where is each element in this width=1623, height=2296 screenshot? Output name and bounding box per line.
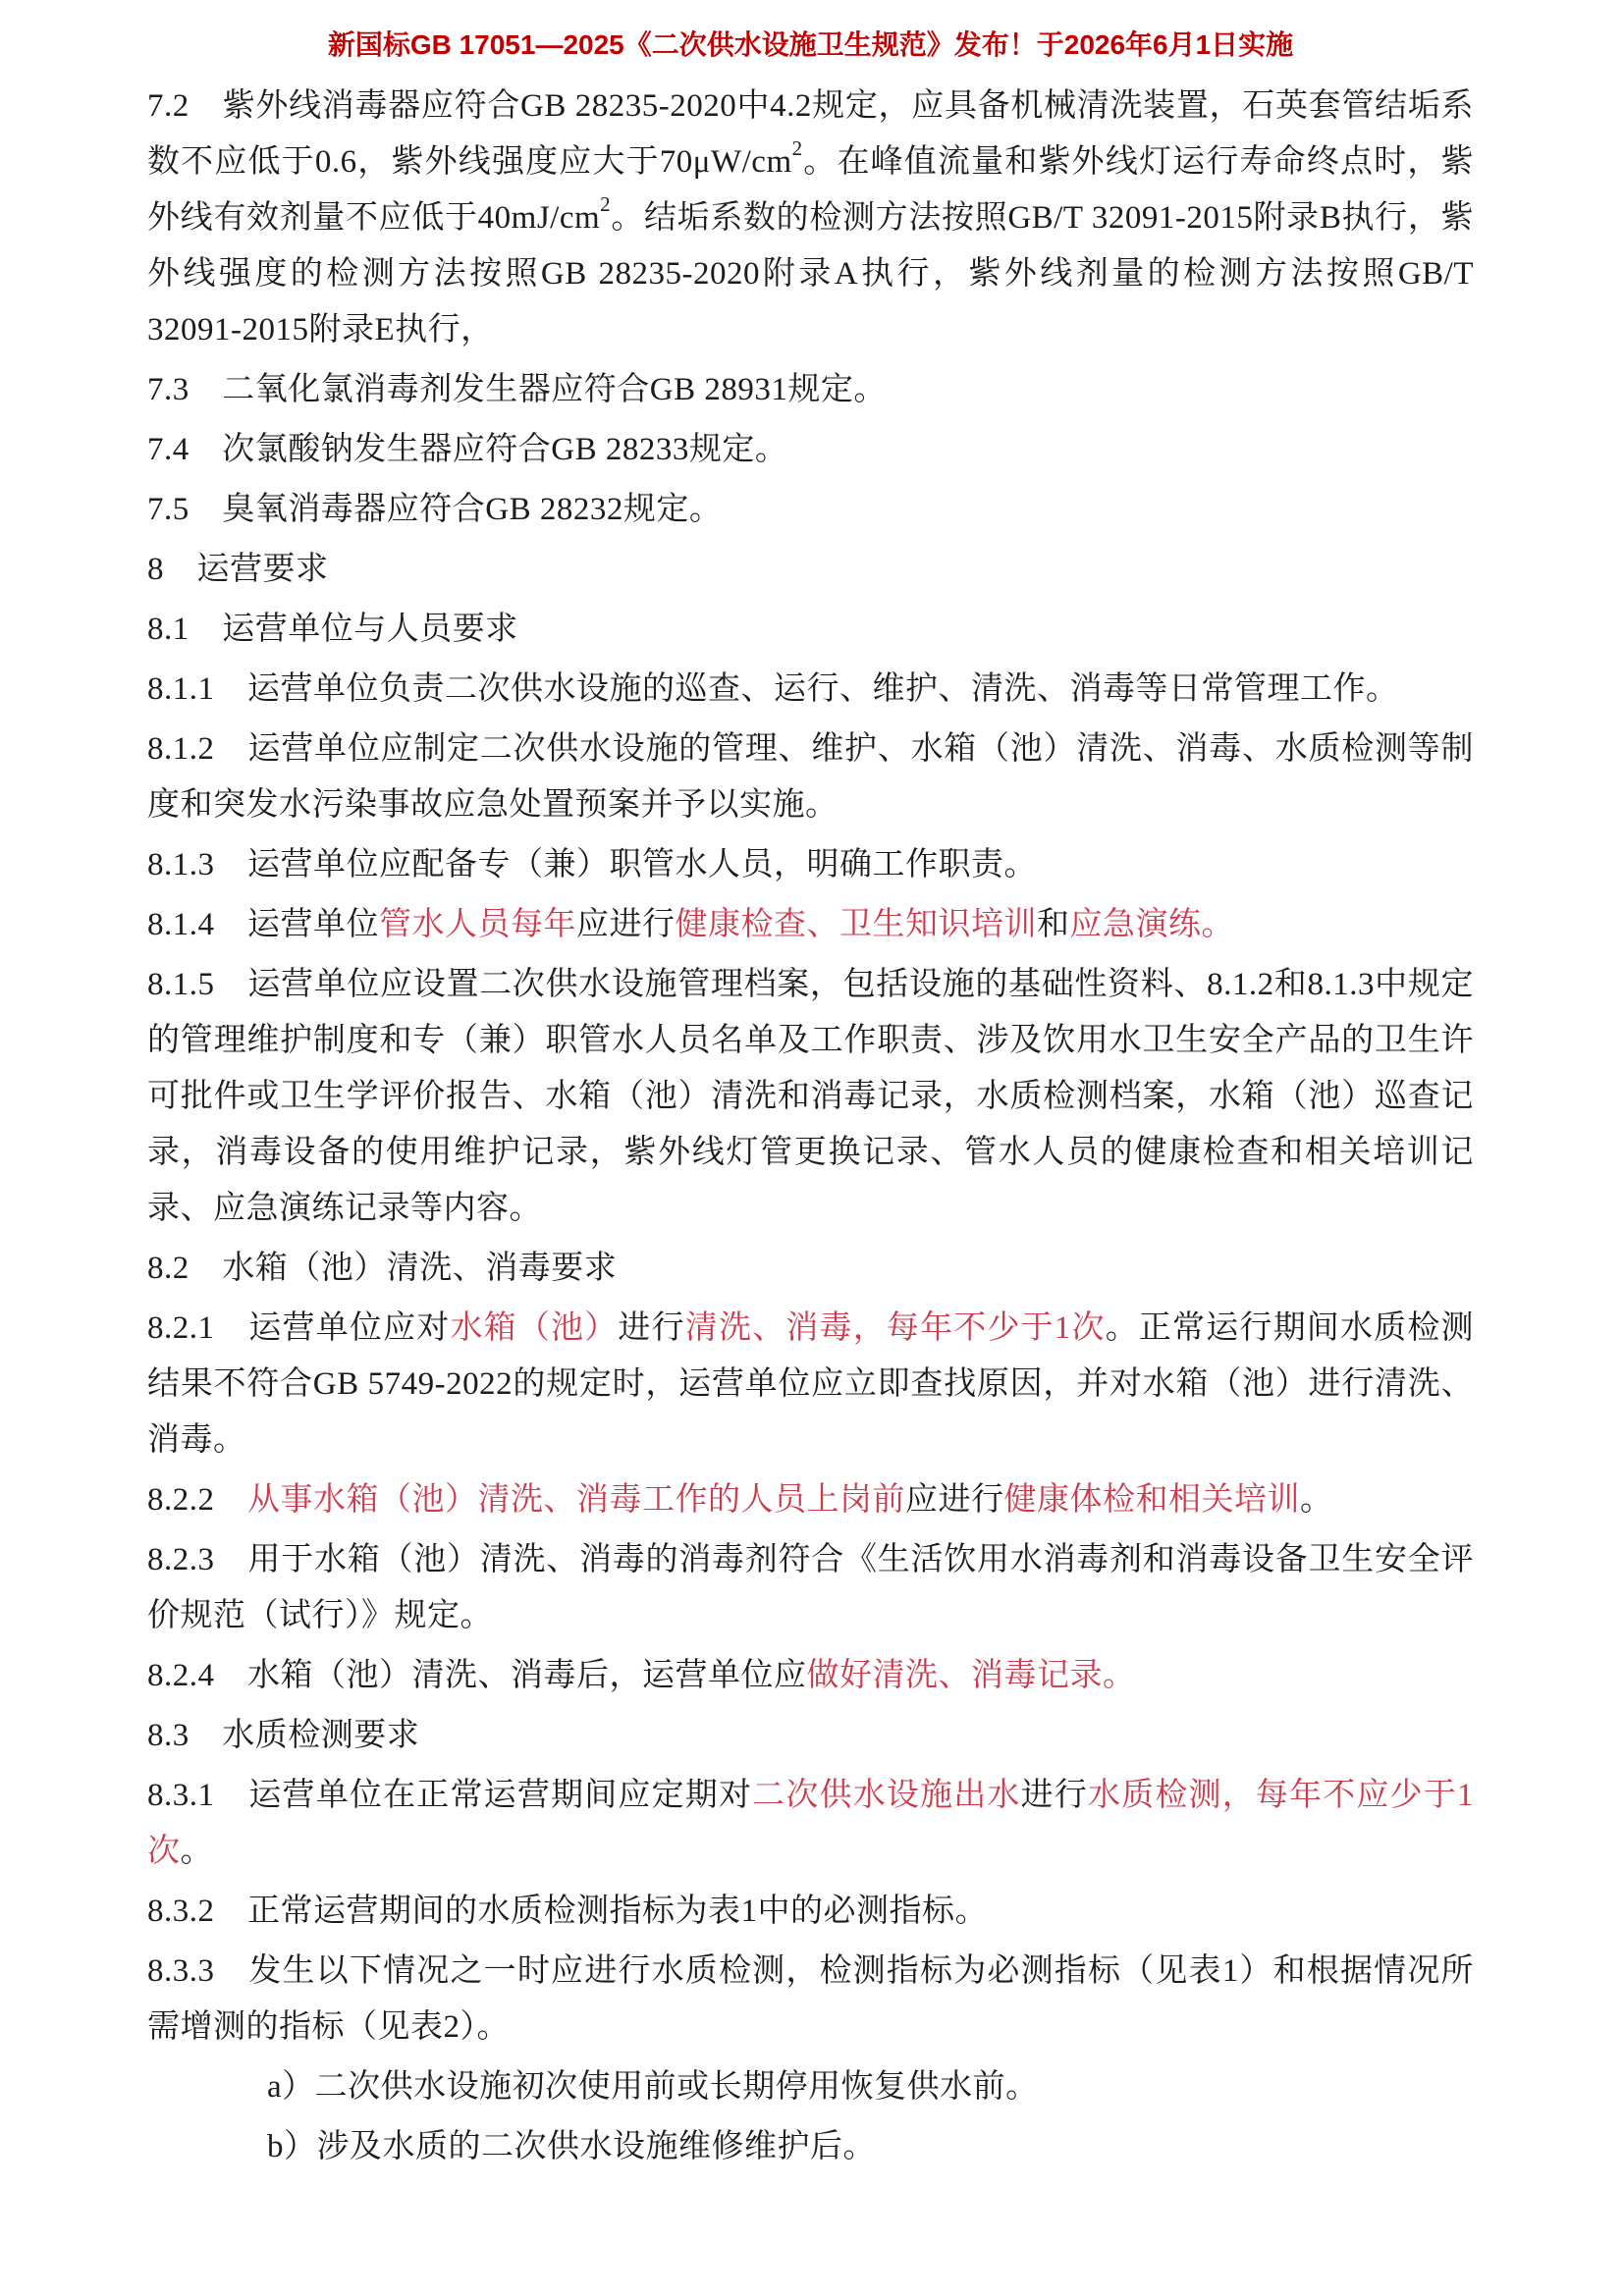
text-segment: 7.3 二氧化氯消毒剂发生器应符合GB 28931规定。 xyxy=(147,372,887,407)
text-segment: 8.1 运营单位与人员要求 xyxy=(147,612,518,647)
section-8-heading: 8 运营要求 xyxy=(147,542,1474,598)
clause-8-1-2: 8.1.2 运营单位应制定二次供水设施的管理、维护、水箱（池）清洗、消毒、水质检… xyxy=(147,721,1474,833)
clause-7-2: 7.2 紫外线消毒器应符合GB 28235-2020中4.2规定，应具备机械清洗… xyxy=(147,79,1474,358)
text-segment: 7.5 臭氧消毒器应符合GB 28232规定。 xyxy=(147,492,722,527)
clause-8-1-1: 8.1.1 运营单位负责二次供水设施的巡查、运行、维护、清洗、消毒等日常管理工作… xyxy=(147,662,1474,718)
text-segment: 二次供水设施出水 xyxy=(752,1778,1020,1813)
clause-8-2-3: 8.2.3 用于水箱（池）清洗、消毒的消毒剂符合《生活饮用水消毒剂和消毒设备卫生… xyxy=(147,1532,1474,1644)
list-item-a: a）二次供水设施初次使用前或长期停用恢复供水前。 xyxy=(147,2059,1474,2115)
document-header-banner: 新国标GB 17051—2025《二次供水设施卫生规范》发布！于2026年6月1… xyxy=(147,26,1474,65)
text-segment: 8.2 水箱（池）清洗、消毒要求 xyxy=(147,1251,617,1286)
text-segment: 8.3.3 发生以下情况之一时应进行水质检测，检测指标为必测指标（见表1）和根据… xyxy=(147,1953,1474,2045)
text-segment: 8.1.2 运营单位应制定二次供水设施的管理、维护、水箱（池）清洗、消毒、水质检… xyxy=(147,731,1474,823)
text-segment: 健康检查、卫生知识培训 xyxy=(676,907,1038,942)
text-segment: 做好清洗、消毒记录。 xyxy=(807,1658,1136,1693)
text-segment: 8.3 水质检测要求 xyxy=(147,1718,419,1753)
document-body: 7.2 紫外线消毒器应符合GB 28235-2020中4.2规定，应具备机械清洗… xyxy=(147,79,1474,2175)
clause-8-1-3: 8.1.3 运营单位应配备专（兼）职管水人员，明确工作职责。 xyxy=(147,837,1474,893)
clause-8-2-2: 8.2.2 从事水箱（池）清洗、消毒工作的人员上岗前应进行健康体检和相关培训。 xyxy=(147,1472,1474,1528)
text-segment: a）二次供水设施初次使用前或长期停用恢复供水前。 xyxy=(267,2069,1039,2105)
text-segment: 8.3.1 运营单位在正常运营期间应定期对 xyxy=(147,1778,752,1813)
text-segment: 应急演练。 xyxy=(1070,907,1235,942)
text-segment: 清洗、消毒，每年不少于1次 xyxy=(685,1310,1106,1346)
text-segment: b）涉及水质的二次供水设施维修维护后。 xyxy=(267,2129,876,2164)
text-segment: 。 xyxy=(181,1834,214,1869)
clause-7-3: 7.3 二氧化氯消毒剂发生器应符合GB 28931规定。 xyxy=(147,362,1474,418)
text-segment: 8.2.1 运营单位应对 xyxy=(147,1310,450,1346)
text-segment: 8.2.4 水箱（池）清洗、消毒后，运营单位应 xyxy=(147,1658,807,1693)
section-8-1-heading: 8.1 运营单位与人员要求 xyxy=(147,602,1474,658)
clause-8-3-3: 8.3.3 发生以下情况之一时应进行水质检测，检测指标为必测指标（见表1）和根据… xyxy=(147,1944,1474,2056)
text-segment: 7.4 次氯酸钠发生器应符合GB 28233规定。 xyxy=(147,432,787,467)
section-8-2-heading: 8.2 水箱（池）清洗、消毒要求 xyxy=(147,1241,1474,1297)
clause-8-1-5: 8.1.5 运营单位应设置二次供水设施管理档案，包括设施的基础性资料、8.1.2… xyxy=(147,957,1474,1237)
text-segment: 8.3.2 正常运营期间的水质检测指标为表1中的必测指标。 xyxy=(147,1894,988,1929)
clause-7-5: 7.5 臭氧消毒器应符合GB 28232规定。 xyxy=(147,482,1474,538)
text-segment: 进行 xyxy=(1021,1778,1088,1813)
text-segment: 8.1.3 运营单位应配备专（兼）职管水人员，明确工作职责。 xyxy=(147,847,1037,882)
clause-7-4: 7.4 次氯酸钠发生器应符合GB 28233规定。 xyxy=(147,422,1474,478)
document-page: 新国标GB 17051—2025《二次供水设施卫生规范》发布！于2026年6月1… xyxy=(0,0,1623,2296)
text-segment: 8.2.2 xyxy=(147,1482,247,1518)
clause-8-2-1: 8.2.1 运营单位应对水箱（池）进行清洗、消毒，每年不少于1次。正常运行期间水… xyxy=(147,1301,1474,1468)
clause-8-3-2: 8.3.2 正常运营期间的水质检测指标为表1中的必测指标。 xyxy=(147,1884,1474,1940)
text-segment: 8.1.1 运营单位负责二次供水设施的巡查、运行、维护、清洗、消毒等日常管理工作… xyxy=(147,671,1399,707)
text-segment: 应进行 xyxy=(576,907,676,942)
text-segment: 从事水箱（池）清洗、消毒工作的人员上岗前 xyxy=(247,1482,905,1518)
clause-8-2-4: 8.2.4 水箱（池）清洗、消毒后，运营单位应做好清洗、消毒记录。 xyxy=(147,1648,1474,1704)
text-segment: 8.1.4 运营单位 xyxy=(147,907,379,942)
text-segment: 进行 xyxy=(618,1310,684,1346)
text-segment: 8 运营要求 xyxy=(147,552,329,587)
text-segment: 水箱（池） xyxy=(450,1310,618,1346)
text-segment: 健康体检和相关培训 xyxy=(1004,1482,1301,1518)
text-segment: 8.2.3 用于水箱（池）清洗、消毒的消毒剂符合《生活饮用水消毒剂和消毒设备卫生… xyxy=(147,1542,1474,1633)
text-segment: 8.1.5 运营单位应设置二次供水设施管理档案，包括设施的基础性资料、8.1.2… xyxy=(147,967,1474,1226)
clause-8-1-4: 8.1.4 运营单位管水人员每年应进行健康检查、卫生知识培训和应急演练。 xyxy=(147,897,1474,953)
text-segment: 。 xyxy=(1300,1482,1333,1518)
section-8-3-heading: 8.3 水质检测要求 xyxy=(147,1708,1474,1764)
text-segment: 和 xyxy=(1037,907,1070,942)
superscript: 2 xyxy=(600,192,611,216)
text-segment: 管水人员每年 xyxy=(379,907,576,942)
list-item-b: b）涉及水质的二次供水设施维修维护后。 xyxy=(147,2119,1474,2175)
clause-8-3-1: 8.3.1 运营单位在正常运营期间应定期对二次供水设施出水进行水质检测，每年不应… xyxy=(147,1768,1474,1880)
text-segment: 应进行 xyxy=(905,1482,1004,1518)
superscript: 2 xyxy=(792,136,803,160)
